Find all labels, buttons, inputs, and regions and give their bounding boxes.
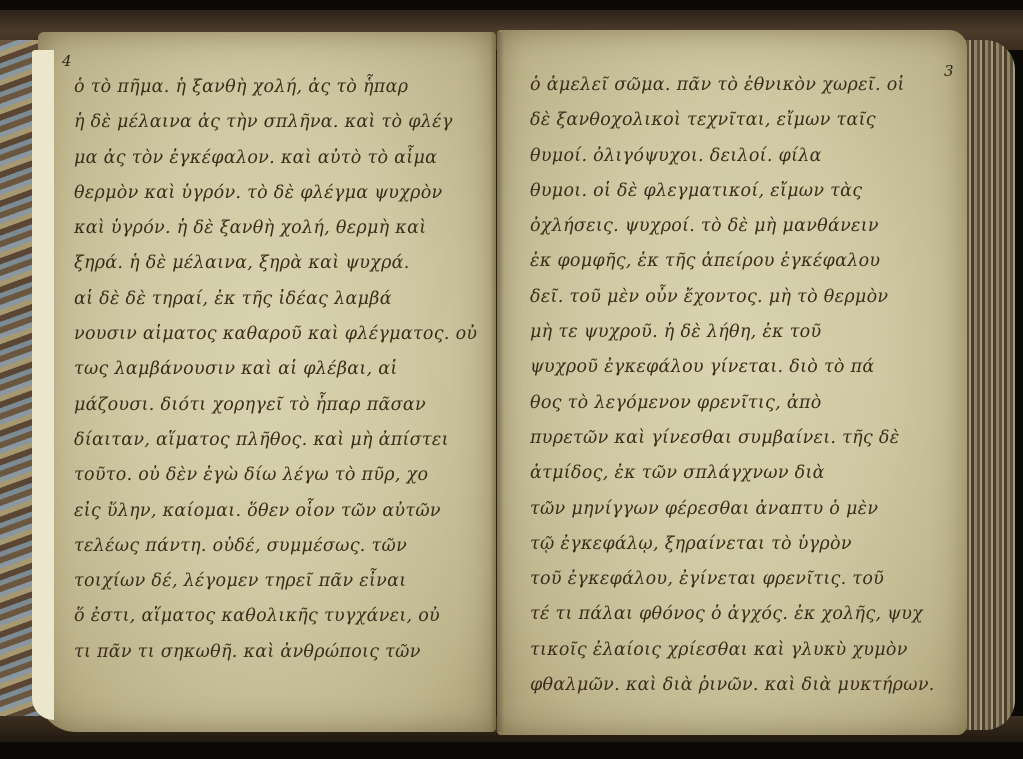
manuscript-line: μὴ τε ψυχροῦ. ἡ δὲ λήθη, ἐκ τοῦ bbox=[530, 315, 950, 350]
manuscript-line: ξηρά. ἡ δὲ μέλαινα, ξηρὰ καὶ ψυχρά. bbox=[74, 246, 494, 281]
manuscript-line: τοῦτο. οὐ δὲν ἐγὼ δίω λέγω τὸ πῦρ, χο bbox=[74, 458, 494, 493]
manuscript-line: τελέως πάντη. οὐδέ, συμμέσως. τῶν bbox=[74, 529, 494, 564]
left-page-text: ὁ τὸ πῆμα. ἡ ξανθὴ χολή, ἀς τὸ ἧπαρ ἡ δὲ… bbox=[74, 70, 494, 670]
manuscript-line: θυμοί. ὀλιγόψυχοι. δειλοί. φίλα bbox=[530, 139, 950, 174]
manuscript-line: μα ἀς τὸν ἐγκέφαλον. καὶ αὐτὸ τὸ αἷμα bbox=[74, 141, 494, 176]
manuscript-line: τως λαμβάνουσιν καὶ αἱ φλέβαι, αἱ bbox=[74, 352, 494, 387]
manuscript-line: μάζουσι. διότι χορηγεῖ τὸ ἧπαρ πᾶσαν bbox=[74, 388, 494, 423]
manuscript-line: ψυχροῦ ἐγκεφάλου γίνεται. διὸ τὸ πά bbox=[530, 350, 950, 385]
manuscript-line: τικοῖς ἐλαίοις χρίεσθαι καὶ γλυκὺ χυμὸν bbox=[530, 633, 950, 668]
manuscript-line: δίαιταν, αἵματος πλῆθος. καὶ μὴ ἀπίστει bbox=[74, 423, 494, 458]
manuscript-line: ὁ τὸ πῆμα. ἡ ξανθὴ χολή, ἀς τὸ ἧπαρ bbox=[74, 70, 494, 105]
manuscript-line: τῷ ἐγκεφάλῳ, ξηραίνεται τὸ ὑγρὸν bbox=[530, 527, 950, 562]
right-page-text: ὁ ἀμελεῖ σῶμα. πᾶν τὸ ἐθνικὸν χωρεῖ. οἱ … bbox=[530, 68, 950, 703]
manuscript-line: δὲ ξανθοχολικοὶ τεχνῖται, εἴμων ταῖς bbox=[530, 103, 950, 138]
manuscript-line: ὀχλήσεις. ψυχροί. τὸ δὲ μὴ μανθάνειν bbox=[530, 209, 950, 244]
manuscript-line: θυμοι. οἱ δὲ φλεγματικοί, εἴμων τὰς bbox=[530, 174, 950, 209]
manuscript-line: τοιχίων δέ, λέγομεν τηρεῖ πᾶν εἶναι bbox=[74, 564, 494, 599]
manuscript-line: ὅ ἐστι, αἵματος καθολικῆς τυγχάνει, οὐ bbox=[74, 599, 494, 634]
manuscript-line: ἐκ φομφῆς, ἐκ τῆς ἀπείρου ἐγκέφαλου bbox=[530, 244, 950, 279]
manuscript-line: ἀτμίδος, ἐκ τῶν σπλάγχνων διὰ bbox=[530, 456, 950, 491]
manuscript-line: τέ τι πάλαι φθόνος ὁ ἀγχός. ἐκ χολῆς, ψυ… bbox=[530, 597, 950, 632]
manuscript-line: τῶν μηνίγγων φέρεσθαι ἀναπτυ ὁ μὲν bbox=[530, 492, 950, 527]
manuscript-line: τι πᾶν τι σηκωθῆ. καὶ ἀνθρώποις τῶν bbox=[74, 635, 494, 670]
manuscript-line: νουσιν αἱματος καθαροῦ καὶ φλέγματος. οὐ bbox=[74, 317, 494, 352]
left-page-edge bbox=[32, 50, 54, 720]
manuscript-line: αἱ δὲ δὲ τηραί, ἐκ τῆς ἰδέας λαμβά bbox=[74, 282, 494, 317]
manuscript-line: εἰς ὕλην, καίομαι. ὅθεν οἷον τῶν αὐτῶν bbox=[74, 494, 494, 529]
manuscript-line: ἡ δὲ μέλαινα ἀς τὴν σπλῆνα. καὶ τὸ φλέγ bbox=[74, 105, 494, 140]
folio-number-left: 4 bbox=[62, 52, 72, 70]
manuscript-line: καὶ ὑγρόν. ἡ δὲ ξανθὴ χολή, θερμὴ καὶ bbox=[74, 211, 494, 246]
manuscript-line: ὁ ἀμελεῖ σῶμα. πᾶν τὸ ἐθνικὸν χωρεῖ. οἱ bbox=[530, 68, 950, 103]
manuscript-line: θος τὸ λεγόμενον φρενῖτις, ἀπὸ bbox=[530, 386, 950, 421]
manuscript-line: δεῖ. τοῦ μὲν οὖν ἔχοντος. μὴ τὸ θερμὸν bbox=[530, 280, 950, 315]
manuscript-line: θερμὸν καὶ ὑγρόν. τὸ δὲ φλέγμα ψυχρὸν bbox=[74, 176, 494, 211]
manuscript-line: πυρετῶν καὶ γίνεσθαι συμβαίνει. τῆς δὲ bbox=[530, 421, 950, 456]
page-fore-edge bbox=[960, 40, 1015, 730]
manuscript-line: φθαλμῶν. καὶ διὰ ῥινῶν. καὶ διὰ μυκτήρων… bbox=[530, 668, 950, 703]
manuscript-line: τοῦ ἐγκεφάλου, ἐγίνεται φρενῖτις. τοῦ bbox=[530, 562, 950, 597]
